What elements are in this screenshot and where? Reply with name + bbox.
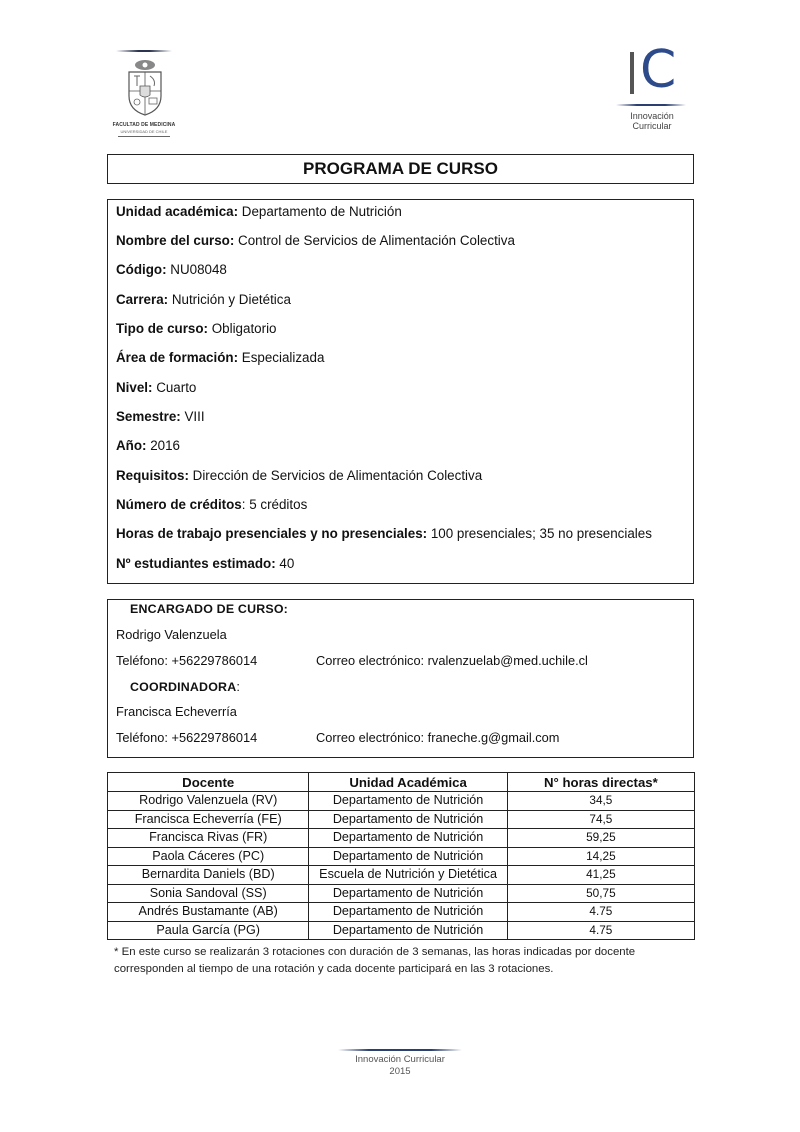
staff-table: Docente Unidad Académica N° horas direct… [107,772,695,940]
table-row: Paula García (PG)Departamento de Nutrici… [108,921,695,940]
cell-horas-directas: 74,5 [507,810,694,829]
header-horas-directas: N° horas directas* [507,773,694,792]
university-name: UNIVERSIDAD DE CHILE [112,129,176,134]
cell-horas-directas: 41,25 [507,866,694,885]
logo-mark-c: C [640,44,676,96]
cell-horas-directas: 34,5 [507,792,694,811]
page-footer: Innovación Curricular 2015 [338,1049,462,1078]
footer-line2: 2015 [338,1066,462,1078]
logo-rule [616,104,686,106]
cell-unidad-academica: Departamento de Nutrición [309,884,507,903]
cell-horas-directas: 14,25 [507,847,694,866]
cell-unidad-academica: Departamento de Nutrición [309,810,507,829]
cell-docente: Rodrigo Valenzuela (RV) [108,792,309,811]
cell-horas-directas: 4.75 [507,903,694,922]
info-creditos: Número de créditos: 5 créditos [116,497,307,512]
info-tipo-curso: Tipo de curso: Obligatorio [116,321,277,336]
logo-text-line2: Curricular [616,121,688,131]
encargado-email[interactable]: Correo electrónico: rvalenzuelab@med.uch… [316,653,588,668]
cell-unidad-academica: Departamento de Nutrición [309,847,507,866]
faculty-name: FACULTAD DE MEDICINA [112,122,176,128]
info-estudiantes: Nº estudiantes estimado: 40 [116,556,294,571]
info-carrera: Carrera: Nutrición y Dietética [116,292,291,307]
info-horas-trabajo: Horas de trabajo presenciales y no prese… [116,526,652,541]
info-anio: Año: 2016 [116,438,180,453]
document-title-box: PROGRAMA DE CURSO [107,154,694,184]
cell-unidad-academica: Departamento de Nutrición [309,921,507,940]
footer-line1: Innovación Curricular [338,1054,462,1066]
table-row: Paola Cáceres (PC)Departamento de Nutric… [108,847,695,866]
course-info-box: Unidad académica: Departamento de Nutric… [107,199,694,584]
table-row: Bernardita Daniels (BD)Escuela de Nutric… [108,866,695,885]
logo-text-line1: Innovación [616,111,688,121]
cell-unidad-academica: Departamento de Nutrición [309,792,507,811]
cell-docente: Sonia Sandoval (SS) [108,884,309,903]
header-docente: Docente [108,773,309,792]
cell-unidad-academica: Escuela de Nutrición y Dietética [309,866,507,885]
info-unidad-academica: Unidad académica: Departamento de Nutric… [116,204,402,219]
cell-docente: Andrés Bustamante (AB) [108,903,309,922]
document-title: PROGRAMA DE CURSO [303,159,498,179]
cell-docente: Paula García (PG) [108,921,309,940]
cell-horas-directas: 4.75 [507,921,694,940]
coordinadora-name: Francisca Echeverría [116,704,237,719]
cell-docente: Francisca Rivas (FR) [108,829,309,848]
encargado-heading: ENCARGADO DE CURSO: [130,602,288,616]
encargado-phone: Teléfono: +56229786014 [116,653,257,668]
contacts-box: ENCARGADO DE CURSO: Rodrigo Valenzuela T… [107,599,694,758]
shield-crest-icon [126,58,164,116]
info-requisitos: Requisitos: Dirección de Servicios de Al… [116,468,482,483]
table-header-row: Docente Unidad Académica N° horas direct… [108,773,695,792]
cell-horas-directas: 50,75 [507,884,694,903]
info-nombre-curso: Nombre del curso: Control de Servicios d… [116,233,515,248]
info-area-formacion: Área de formación: Especializada [116,350,324,365]
cell-docente: Francisca Echeverría (FE) [108,810,309,829]
cell-docente: Bernardita Daniels (BD) [108,866,309,885]
table-footnote: * En este curso se realizarán 3 rotacion… [114,944,704,977]
table-row: Andrés Bustamante (AB)Departamento de Nu… [108,903,695,922]
coordinadora-heading: COORDINADORA: [130,679,240,694]
coordinadora-phone: Teléfono: +56229786014 [116,730,257,745]
faculty-logo: FACULTAD DE MEDICINA UNIVERSIDAD DE CHIL… [112,50,176,144]
innovacion-curricular-logo: C Innovación Curricular [616,52,688,142]
info-codigo: Código: NU08048 [116,262,227,277]
logo-bottom-rule [118,136,170,137]
cell-unidad-academica: Departamento de Nutrición [309,829,507,848]
footer-rule [338,1049,462,1051]
table-row: Francisca Echeverría (FE)Departamento de… [108,810,695,829]
encargado-name: Rodrigo Valenzuela [116,627,227,642]
info-nivel: Nivel: Cuarto [116,380,196,395]
cell-horas-directas: 59,25 [507,829,694,848]
cell-docente: Paola Cáceres (PC) [108,847,309,866]
table-row: Rodrigo Valenzuela (RV)Departamento de N… [108,792,695,811]
coordinadora-email[interactable]: Correo electrónico: franeche.g@gmail.com [316,730,559,745]
logo-mark-i [630,52,634,94]
cell-unidad-academica: Departamento de Nutrición [309,903,507,922]
info-semestre: Semestre: VIII [116,409,205,424]
table-row: Francisca Rivas (FR)Departamento de Nutr… [108,829,695,848]
logo-top-rule [116,50,172,52]
header-unidad-academica: Unidad Académica [309,773,507,792]
table-row: Sonia Sandoval (SS)Departamento de Nutri… [108,884,695,903]
